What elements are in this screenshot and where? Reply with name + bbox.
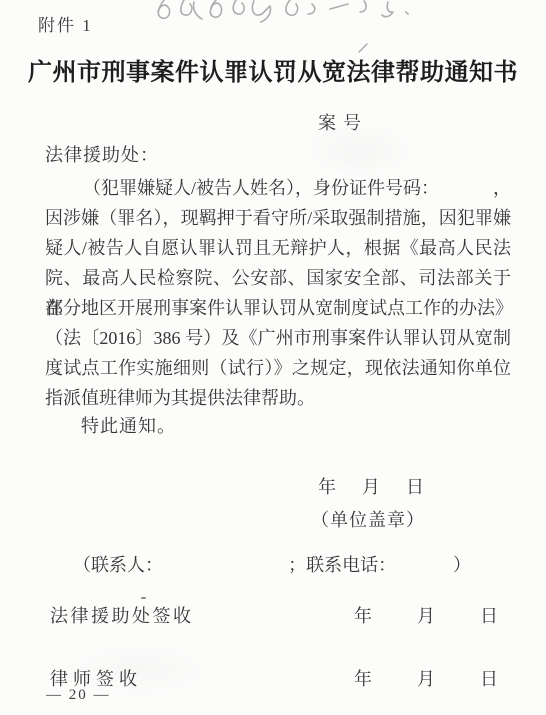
blank-fill-id-number [439,173,493,203]
body-line: 部分地区开展刑事案件认罪认罚从宽制度试点工作的办法》 [45,293,511,323]
year-label: 年 [354,602,372,628]
month-label: 月 [417,665,435,691]
month-label: 月 [417,602,435,628]
day-label: 日 [480,602,498,628]
year-label: 年 [318,476,336,498]
body-paragraph: （犯罪嫌疑人/被告人姓名），身份证件号码： ， 因涉嫌（罪名），现羁押于看守所/… [45,173,511,413]
issue-date-line: 年 月 日 [318,476,424,498]
contact-phone-label: ；联系电话： [288,553,396,577]
handwritten-note-cutoff [150,0,440,30]
attachment-label: 附件 1 [38,11,93,36]
contact-line: （联系人： ；联系电话： ） [73,553,471,577]
body-line: 疑人/被告人自愿认罪认罚且无辩护人，根据《最高人民法 [45,233,511,263]
suspect-name-id-text: （犯罪嫌疑人/被告人姓名），身份证件号码： [83,173,439,203]
legal-aid-sign-date: 年 月 日 [354,602,498,628]
salutation: 法律援助处： [45,144,159,166]
body-line: 度试点工作实施细则（试行）》之规定，现依法通知你单位 [45,353,511,383]
document-title: 广州市刑事案件认罪认罚从宽法律帮助通知书 [20,52,526,87]
body-line: 指派值班律师为其提供法律帮助。 [45,383,511,413]
legal-aid-sign-row: 法律援助处签收 年 月 日 [50,602,510,628]
body-line: 因涉嫌（罪名），现羁押于看守所/采取强制措施，因犯罪嫌 [45,203,511,233]
trailing-comma: ， [493,173,511,203]
lawyer-sign-row: 律师签收 年 月 日 [50,665,510,691]
day-label: 日 [406,476,424,498]
body-line: （法〔2016〕386 号）及《广州市刑事案件认罪认罚从宽制 [45,323,511,353]
contact-close-paren: ） [453,553,471,577]
closing-line: 特此通知。 [81,411,176,441]
year-label: 年 [354,665,372,691]
page-number: — 20 — [46,687,111,704]
body-line: （犯罪嫌疑人/被告人姓名），身份证件号码： ， [45,173,511,203]
contact-person-label: （联系人： [73,553,163,577]
blank-fill-contact-phone [396,553,453,577]
scan-speck [141,597,146,599]
unit-seal-note: （单位盖章） [311,506,425,532]
blank-fill-contact-person [163,553,288,577]
day-label: 日 [480,665,498,691]
lawyer-sign-date: 年 月 日 [354,665,498,691]
scanned-document-page: 附件 1 广州市刑事案件认罪认罚从宽法律帮助通知书 案号 法律援助处： （犯罪嫌… [0,0,546,715]
case-number-label: 案号 [318,109,368,135]
month-label: 月 [362,476,380,498]
legal-aid-sign-label: 法律援助处签收 [50,602,194,628]
body-line: 院、最高人民检察院、公安部、国家安全部、司法部关于在 [45,263,511,293]
